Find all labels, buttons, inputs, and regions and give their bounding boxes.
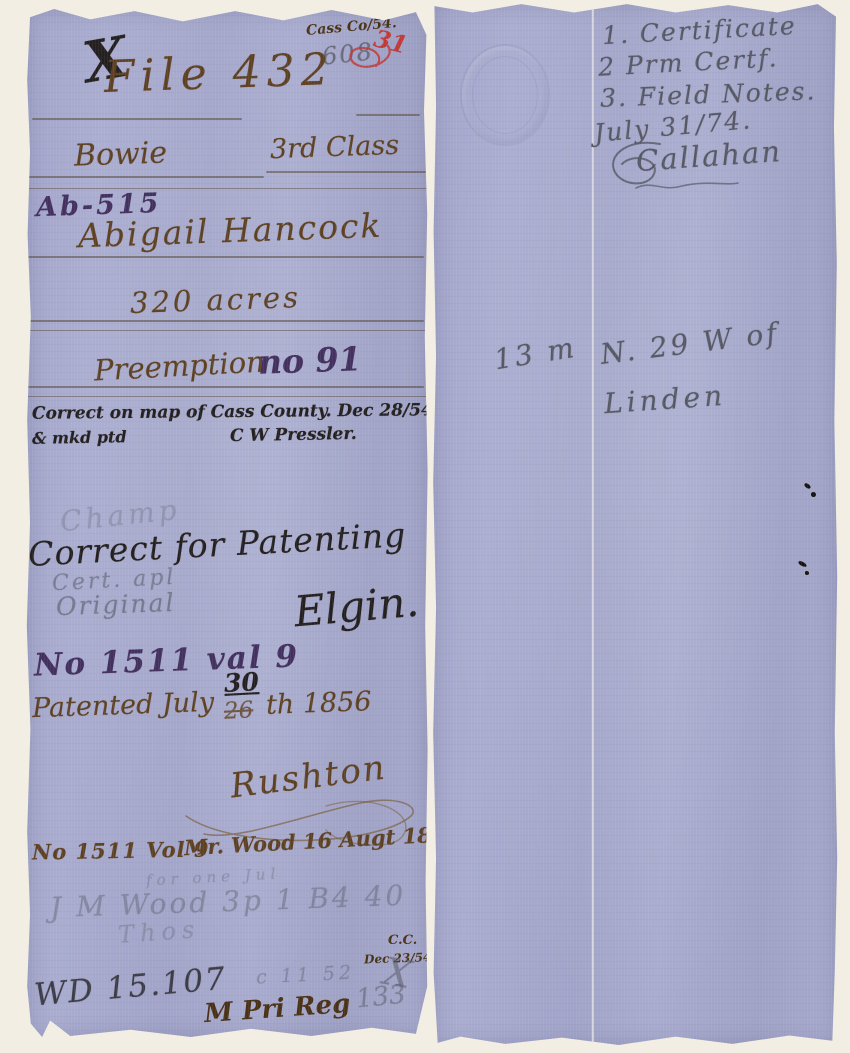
file-number-line: File 432 [103, 48, 335, 100]
patent-volume-line: No 1511 val 9 [34, 641, 300, 681]
acreage: 320 acres [130, 283, 302, 318]
rule-acreage-b [26, 330, 428, 331]
location-place: Linden [603, 382, 727, 418]
rule-acreage-a [28, 320, 424, 322]
location-distance: 13 m [492, 334, 578, 375]
right-page: 1. Certificate 2 Prm Certf. 3. Field Not… [432, 2, 838, 1046]
embossed-seal-inner-ring [472, 56, 538, 134]
rule-district-full [26, 188, 428, 189]
docket-item-3: 3. Field Notes. [600, 78, 817, 111]
fold-crease [591, 2, 595, 1046]
grantee-name: Abigail Hancock [78, 209, 383, 253]
certificate-number: no 91 [257, 342, 362, 379]
certificate-type: Preemption [93, 348, 265, 386]
faint-line-b: J M Wood 3p 1 B4 40 [50, 882, 407, 922]
ink-speck-3 [798, 560, 808, 568]
rule-district-a [28, 176, 264, 178]
patented-suffix: th 1856 [266, 688, 372, 719]
patented-prefix: Patented July [32, 689, 215, 722]
embossed-seal [460, 44, 550, 146]
faint-line-d: c 11 52 [256, 963, 356, 987]
ink-speck-1 [803, 482, 811, 489]
red-loop-flourish [326, 38, 396, 72]
scanned-document: X Cass Co/54. 608 31 File 432 Bowie 3rd … [0, 0, 850, 1053]
district-name: Bowie [74, 138, 168, 171]
rule-cert-a [28, 386, 424, 388]
ink-speck-4 [805, 571, 809, 575]
docket-signature-underline [632, 178, 742, 194]
location-bearing: N. 29 W of [599, 319, 781, 369]
approver-signature: Elgin. [292, 581, 420, 634]
map-note-signature: C W Pressler. [230, 426, 357, 445]
faint-line-c: Thos [117, 917, 201, 947]
cc-initials: C.C. [388, 934, 417, 947]
class-label: 3rd Class [270, 132, 400, 163]
faint-number-133: 133 [355, 981, 407, 1012]
map-note-line1: Correct on map of Cass County. Dec 28/54… [32, 402, 439, 423]
wd-number: WD 15.107 [33, 964, 228, 1012]
map-note-line2: & mkd ptd [32, 429, 127, 447]
patented-day-corrected: 30 [223, 669, 259, 696]
rule-file-right [356, 114, 420, 116]
faint-original: Original [56, 590, 176, 619]
left-page: X Cass Co/54. 608 31 File 432 Bowie 3rd … [26, 8, 428, 1038]
rule-cert-b [26, 396, 428, 397]
rule-grantee [28, 256, 424, 258]
rule-district-b [266, 171, 426, 173]
docket-item-2: 2 Prm Certf. [597, 45, 779, 79]
ink-speck-2 [811, 492, 817, 498]
patented-day-struck: 26 [223, 699, 253, 724]
rule-file-left [32, 118, 242, 120]
